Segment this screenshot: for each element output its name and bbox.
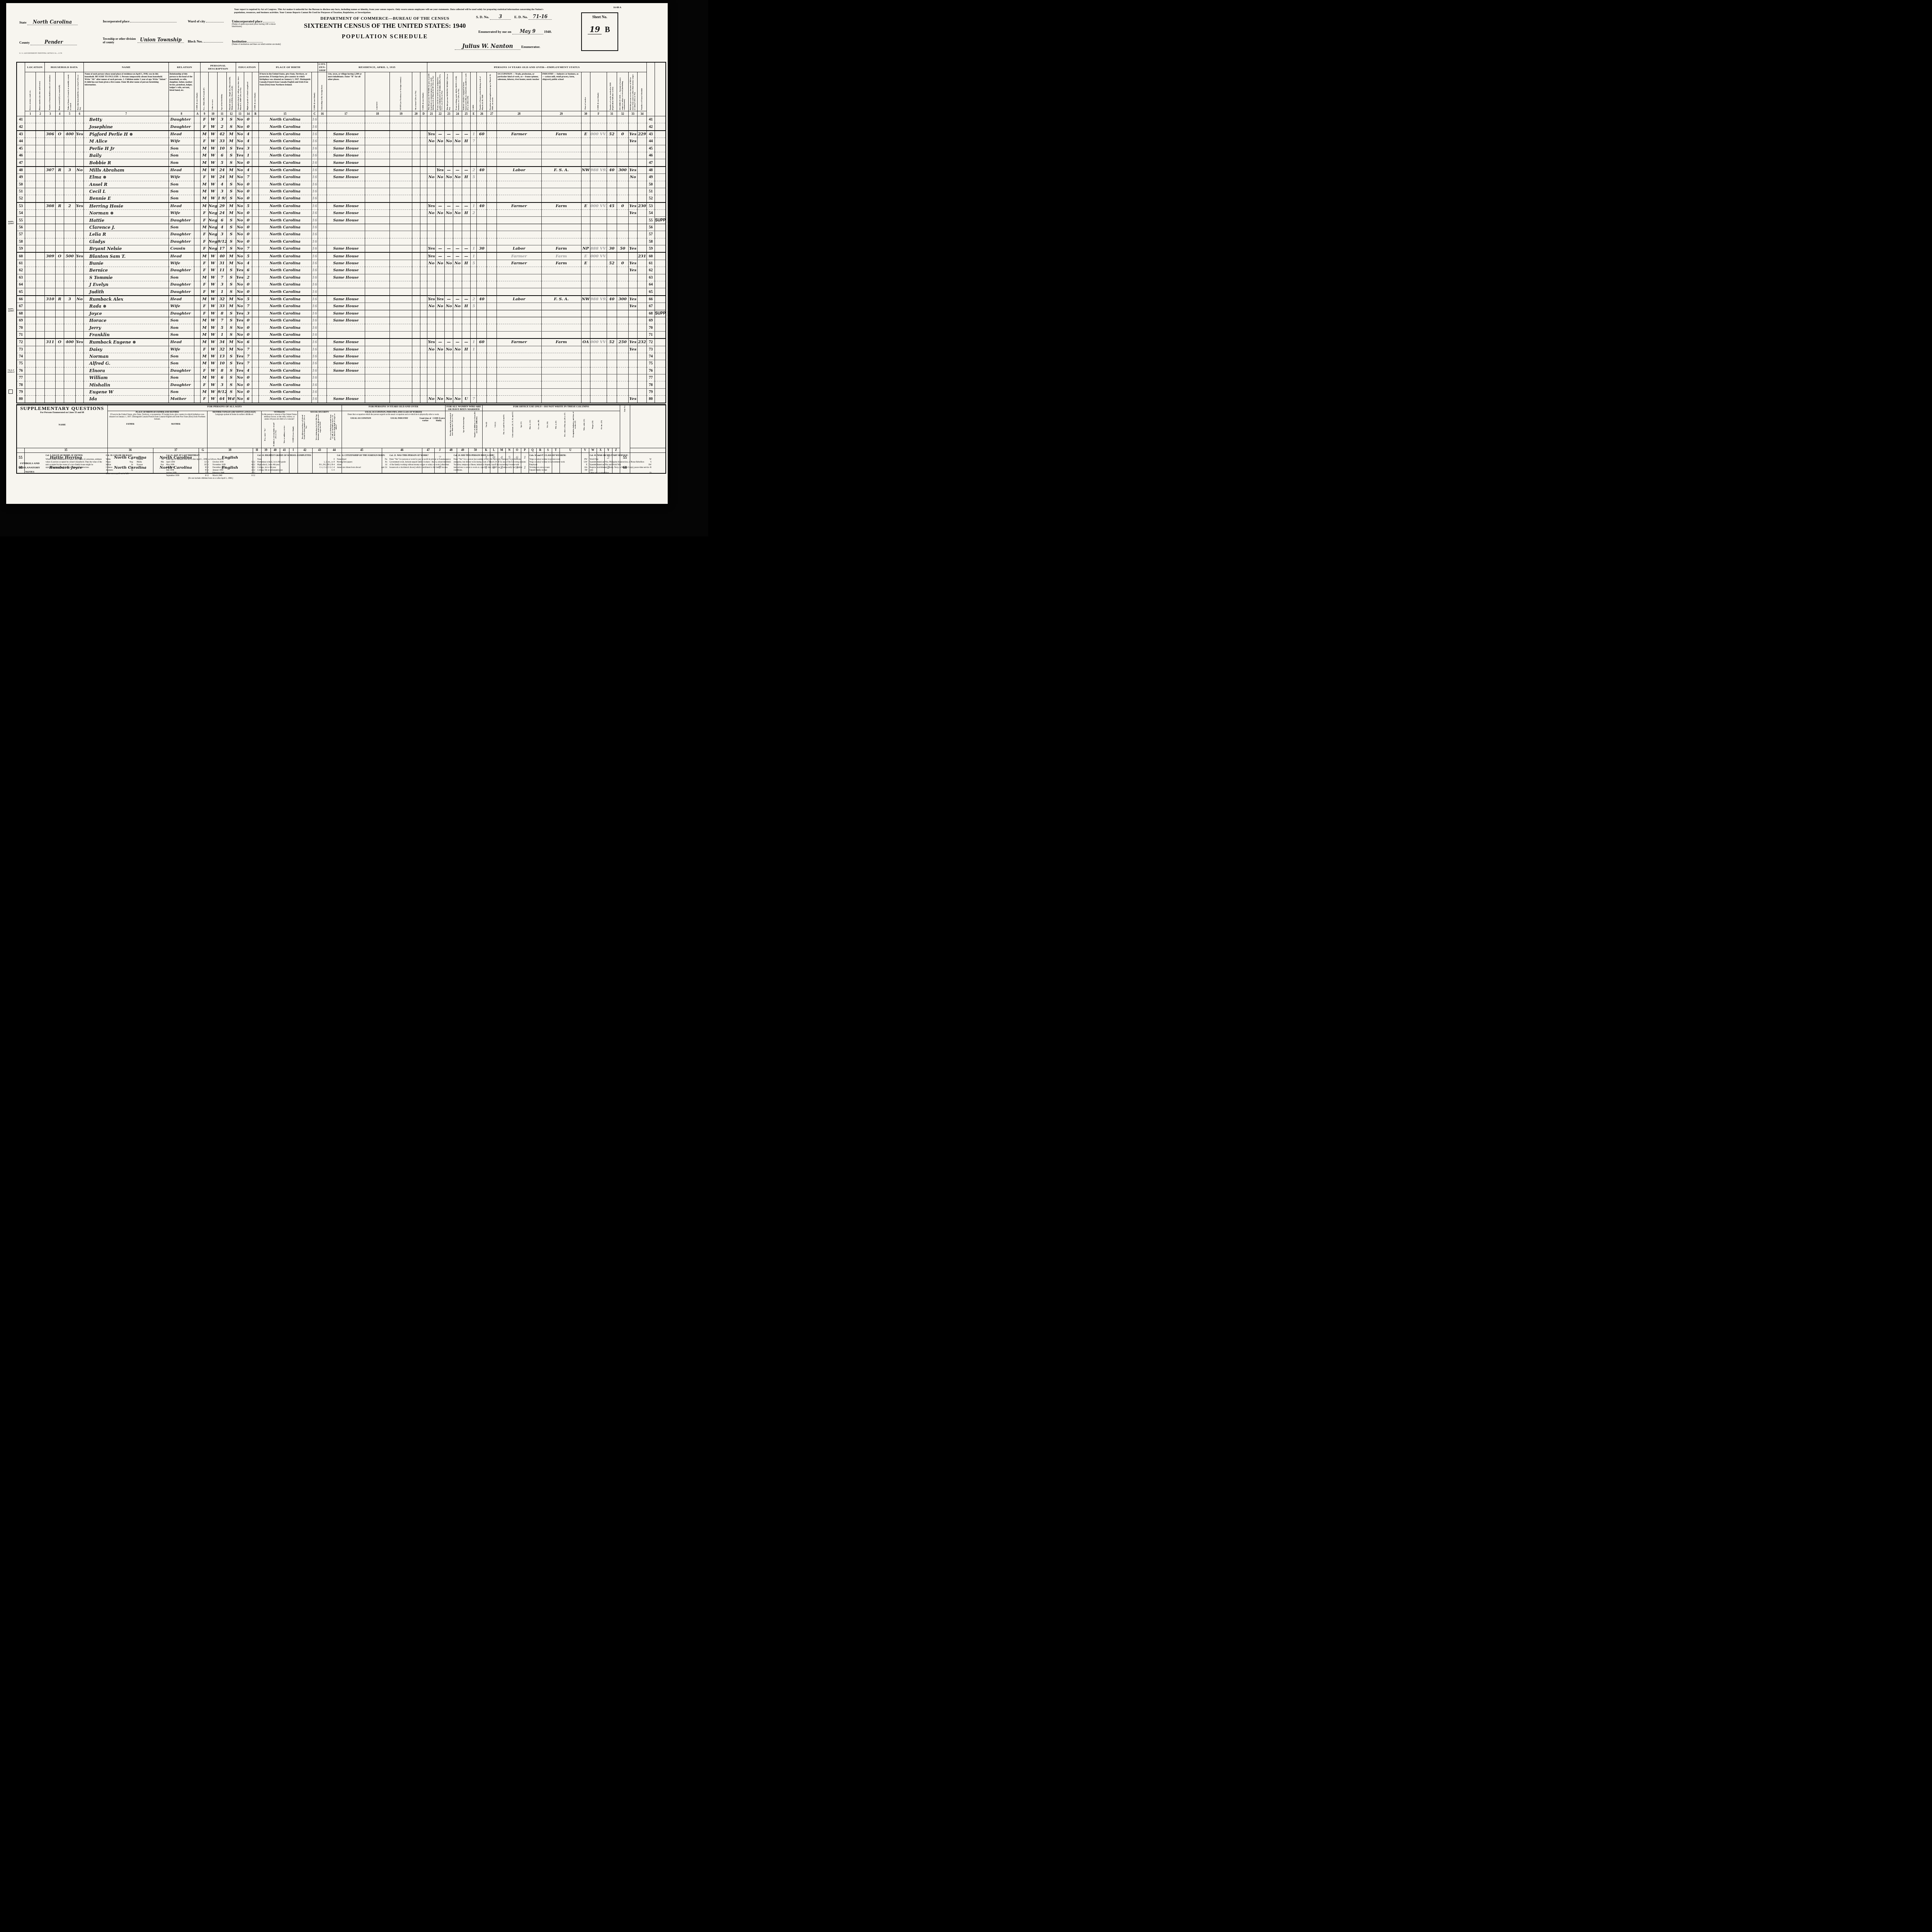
cell-wk xyxy=(607,317,617,324)
suppl-col-number: V xyxy=(581,448,589,452)
cell-a: 6 xyxy=(218,217,227,224)
col-label-text: CODE xyxy=(473,104,475,111)
cell-c16 xyxy=(318,281,327,288)
col-label: Was this person AT WORK for pay or profi… xyxy=(427,72,436,111)
cell-n6 xyxy=(75,181,83,188)
cell-n3 xyxy=(45,388,56,395)
suppl-title: SUPPLEMENTARY QUESTIONS xyxy=(17,405,107,412)
age-code-label: April 1939 xyxy=(166,461,175,464)
cell-wg xyxy=(617,324,628,331)
table-row: 74NormanSonMW13SYes7North Carolina16Same… xyxy=(17,353,666,360)
tongue-title: MOTHER TONGUE (OR NATIVE LANGUAGE) xyxy=(207,411,261,413)
cell-rl: Daughter xyxy=(168,267,194,274)
cell-wg xyxy=(617,252,628,260)
cell-n5 xyxy=(64,152,75,159)
cell-oi: Yes xyxy=(628,210,638,217)
cell-w3 xyxy=(444,353,453,360)
col-number: 30 xyxy=(581,111,590,116)
cell-cl xyxy=(581,188,590,195)
cell-w4 xyxy=(453,145,462,152)
citizenship-code-label: Alien xyxy=(337,464,342,466)
cell-ca xyxy=(194,396,201,403)
cell-wk xyxy=(607,159,617,167)
group-header: PERSONS 14 YEARS OLD AND OVER—EMPLOYMENT… xyxy=(427,62,646,72)
vet-col-label: CODE (Leave blank) xyxy=(293,421,294,448)
cell-wk xyxy=(607,210,617,217)
race-code-label: Chinese xyxy=(106,466,112,469)
cell-w5 xyxy=(462,217,471,224)
cell-n4 xyxy=(56,267,64,274)
cell-w2 xyxy=(436,217,445,224)
cell-a: 4 xyxy=(218,224,227,231)
cell-c1 xyxy=(25,360,36,367)
pob-parents-header: PLACE OF BIRTH OF FATHER AND MOTHERIf bo… xyxy=(107,411,207,448)
col-label: OCCUPATION — Trade, profession, or parti… xyxy=(497,72,541,111)
military-code: Regular establishment (Army, Navy, or Ma… xyxy=(590,466,651,472)
cell-id: Farm xyxy=(541,338,581,346)
cell-sq xyxy=(655,288,666,296)
cell-oc xyxy=(497,353,541,360)
cell-a: 40 xyxy=(218,252,227,260)
cell-cb xyxy=(252,396,259,403)
cell-id xyxy=(541,159,581,167)
cell-h xyxy=(477,360,487,367)
usual-occupation-header: USUAL OCCUPATION, INDUSTRY, AND CLASS OF… xyxy=(342,411,445,448)
cell-c18 xyxy=(365,303,390,310)
cell-oi: Yes xyxy=(628,260,638,267)
citizenship-code-code: Na xyxy=(385,458,387,461)
cell-ce: 1 xyxy=(471,252,477,260)
col-number: B xyxy=(252,111,259,116)
cell-n5 xyxy=(64,195,75,202)
cell-sc: No xyxy=(236,245,244,253)
cell-oc xyxy=(497,381,541,388)
cell-w1 xyxy=(427,331,436,338)
cell-rs: Same House xyxy=(327,245,365,253)
col-number: 27 xyxy=(487,111,497,116)
cell-ce: 2 xyxy=(471,167,477,174)
cell-rl: Head xyxy=(168,338,194,346)
cell-id xyxy=(541,195,581,202)
cell-s: F xyxy=(201,210,208,217)
cell-h xyxy=(477,331,487,338)
cell-sc: No xyxy=(236,238,244,245)
cell-cc: 16 xyxy=(311,267,318,274)
cell-h xyxy=(477,324,487,331)
cell-w3 xyxy=(444,388,453,395)
cell-h xyxy=(477,388,487,395)
age-code-label: March 1940 xyxy=(213,474,222,477)
cell-oc xyxy=(497,195,541,202)
col-label-text: Was this person SEEKING WORK? (Yes or No… xyxy=(447,72,451,111)
cell-c20 xyxy=(412,245,420,253)
cell-pb: North Carolina xyxy=(259,303,311,310)
cell-id xyxy=(541,174,581,181)
vet-col-label: War or military service xyxy=(284,421,286,448)
cell-c2 xyxy=(36,303,45,310)
cell-n4 xyxy=(56,174,64,181)
cell-ln: 62 xyxy=(17,267,25,274)
cell-w2: — xyxy=(436,202,445,210)
cell-oc: Labor xyxy=(497,296,541,303)
cell-cb xyxy=(252,116,259,123)
cell-rl: Daughter xyxy=(168,288,194,296)
cell-oi: Yes xyxy=(628,138,638,145)
cell-s: M xyxy=(201,224,208,231)
cell-cf xyxy=(590,353,607,360)
cell-cd xyxy=(420,381,427,388)
cell-pb: North Carolina xyxy=(259,396,311,403)
suppl-col-number: J xyxy=(434,448,445,452)
cell-w5 xyxy=(462,181,471,188)
cell-n5 xyxy=(64,374,75,381)
cell-w5 xyxy=(462,188,471,195)
cell-cl xyxy=(581,388,590,395)
cell-rl: Mother xyxy=(168,396,194,403)
cell-nm: Josephine xyxy=(84,123,169,131)
cell-pb: North Carolina xyxy=(259,123,311,131)
cell-oi xyxy=(628,281,638,288)
cell-w1 xyxy=(427,310,436,317)
col-number: 5 xyxy=(64,111,75,116)
cell-cb xyxy=(252,123,259,131)
cell-cf xyxy=(590,281,607,288)
cell-sc: No xyxy=(236,288,244,296)
suppl-col-number: H xyxy=(253,448,261,452)
cell-rs xyxy=(327,238,365,245)
cell-cc: 16 xyxy=(311,123,318,131)
cell-rl: Son xyxy=(168,388,194,395)
cell-r: W xyxy=(208,374,218,381)
cell-c16 xyxy=(318,331,327,338)
cell-w5: — xyxy=(462,167,471,174)
cell-m: M xyxy=(226,202,236,210)
cell-c27 xyxy=(487,310,497,317)
cell-sc: No xyxy=(236,167,244,174)
cell-cb xyxy=(252,181,259,188)
cell-cf xyxy=(590,224,607,231)
cell-wk: 30 xyxy=(607,245,617,253)
cell-id xyxy=(541,288,581,296)
cell-w1 xyxy=(427,367,436,374)
cell-sq xyxy=(655,138,666,145)
cell-ln2: 54 xyxy=(646,210,655,217)
cell-c20 xyxy=(412,360,420,367)
cell-id xyxy=(541,381,581,388)
age-code-code: 3/12 xyxy=(252,466,255,469)
cell-c18 xyxy=(365,381,390,388)
group-header: EDUCATION xyxy=(236,62,259,72)
cell-pb: North Carolina xyxy=(259,274,311,281)
cell-id xyxy=(541,324,581,331)
cell-ce xyxy=(471,238,477,245)
cell-cf xyxy=(590,152,607,159)
cell-ca xyxy=(194,252,201,260)
cell-cd xyxy=(420,331,427,338)
cell-n3 xyxy=(45,267,56,274)
cell-w5 xyxy=(462,360,471,367)
col-number: D xyxy=(420,111,427,116)
cell-w1: No xyxy=(427,260,436,267)
cell-c1 xyxy=(25,303,36,310)
cell-c16 xyxy=(318,131,327,138)
cell-cl xyxy=(581,123,590,131)
cell-c19 xyxy=(390,217,412,224)
cell-c18 xyxy=(365,331,390,338)
cell-rs: Same House xyxy=(327,210,365,217)
cell-n5: 400 xyxy=(64,131,75,138)
ss-col-label: Does this person have a Federal Social S… xyxy=(302,413,307,440)
cell-c20 xyxy=(412,181,420,188)
cell-cl xyxy=(581,217,590,224)
cell-cf xyxy=(590,188,607,195)
table-row: 78MishalinDaughterFW3SNo0North Carolina1… xyxy=(17,381,666,388)
cell-c2 xyxy=(36,238,45,245)
cell-c2 xyxy=(36,274,45,281)
cell-c16 xyxy=(318,367,327,374)
cell-fs: 232 xyxy=(638,338,647,346)
race-code-code: Neg xyxy=(129,461,133,464)
cell-w3: — xyxy=(444,296,453,303)
cell-nm: Jerry xyxy=(84,324,169,331)
cell-cd xyxy=(420,188,427,195)
cell-rl: Son xyxy=(168,224,194,231)
cell-n6 xyxy=(75,388,83,395)
cell-w4: No xyxy=(453,260,462,267)
cell-w3: — xyxy=(444,245,453,253)
military-code-label: Spanish-American War, Philippine Insurre… xyxy=(590,461,644,464)
cell-nm: J Evelyn xyxy=(84,281,169,288)
veterans-sub: If so, enter "Yes"If child, is veteran-f… xyxy=(262,421,298,448)
cell-sc: Yes xyxy=(236,367,244,374)
cell-w2 xyxy=(436,274,445,281)
cell-n6 xyxy=(75,360,83,367)
cell-ln: 49 xyxy=(17,174,25,181)
cell-c16 xyxy=(318,159,327,167)
grade-code-code: 1, 2, etc., to 8 xyxy=(324,461,335,464)
cell-c16 xyxy=(318,303,327,310)
cell-n3: 309 xyxy=(45,252,56,260)
cell-ce xyxy=(471,145,477,152)
cell-c2 xyxy=(36,123,45,131)
cell-w4 xyxy=(453,188,462,195)
cell-n3 xyxy=(45,231,56,238)
cell-rs: Same House xyxy=(327,274,365,281)
cell-ca xyxy=(194,145,201,152)
cell-s: F xyxy=(201,381,208,388)
class-of-worker-code: Wage or salary worker in private workPW xyxy=(529,458,587,461)
cell-cf xyxy=(590,381,607,388)
cell-oi xyxy=(628,324,638,331)
cell-cc: 16 xyxy=(311,238,318,245)
cell-n6 xyxy=(75,152,83,159)
cell-fs xyxy=(638,238,647,245)
cell-rl: Cousin xyxy=(168,245,194,253)
grade-code: Elementary school, 1st to 8th grade1, 2,… xyxy=(257,461,335,464)
cell-w3 xyxy=(444,381,453,388)
cell-cl xyxy=(581,310,590,317)
group-header xyxy=(646,62,655,116)
grade-code-label: Elementary school, 1st to 8th grade xyxy=(257,461,286,464)
race-code: WhiteW xyxy=(106,458,133,461)
suppl-col-number: 39 xyxy=(261,448,270,452)
cell-m: S xyxy=(226,145,236,152)
cell-fs: 231 xyxy=(638,252,647,260)
cell-w5 xyxy=(462,331,471,338)
ss-col-label: If so, were deductions made from (1) all… xyxy=(330,413,337,440)
col-number: 22 xyxy=(436,111,445,116)
ss-sub: Does this person have a Federal Social S… xyxy=(298,413,342,440)
cell-c16 xyxy=(318,210,327,217)
cell-rs xyxy=(327,195,365,202)
table-row: 53308R2YesHerring HosieHeadMNeg29MNo5Nor… xyxy=(17,202,666,210)
col-label: Did this person receive income of $50 or… xyxy=(628,72,638,111)
cell-a: 10 xyxy=(218,360,227,367)
age-code: April 193911/12 xyxy=(166,461,209,464)
cell-oc xyxy=(497,152,541,159)
cell-w2 xyxy=(436,324,445,331)
cell-sq xyxy=(655,381,666,388)
cell-ln: 75 xyxy=(17,360,25,367)
table-row: 51Cecil LSonMW3SNo0North Carolina1651 xyxy=(17,188,666,195)
cell-n3 xyxy=(45,174,56,181)
cell-fs xyxy=(638,152,647,159)
cell-ln2: 57 xyxy=(646,231,655,238)
suppl-col-number xyxy=(17,448,24,452)
cell-oc xyxy=(497,181,541,188)
cell-w1: No xyxy=(427,174,436,181)
cell-w3 xyxy=(444,145,453,152)
cell-n4 xyxy=(56,238,64,245)
cell-oc: Farmer xyxy=(497,131,541,138)
cell-oi xyxy=(628,288,638,296)
cell-n5 xyxy=(64,281,75,288)
cell-sc: No xyxy=(236,202,244,210)
cell-w5 xyxy=(462,324,471,331)
cell-g: 3 xyxy=(244,310,252,317)
col-number: 13 xyxy=(236,111,244,116)
cell-a: 24 xyxy=(218,167,227,174)
cell-c20 xyxy=(412,131,420,138)
cell-w3 xyxy=(444,152,453,159)
cell-c27 xyxy=(487,195,497,202)
cell-c27 xyxy=(487,217,497,224)
cell-w1: Yes xyxy=(427,296,436,303)
col-number: 4 xyxy=(56,111,64,116)
cell-c1 xyxy=(25,374,36,381)
cell-wg xyxy=(617,210,628,217)
cell-g: 0 xyxy=(244,288,252,296)
cell-ln2: 76 xyxy=(646,367,655,374)
col-label: On a farm? (Yes or No) xyxy=(412,72,420,111)
table-row: 41BettyDaughterFW3SNo0North Carolina1641 xyxy=(17,116,666,123)
cell-n6 xyxy=(75,317,83,324)
cell-sq xyxy=(655,396,666,403)
cell-n5 xyxy=(64,210,75,217)
cell-cb xyxy=(252,217,259,224)
cell-r: W xyxy=(208,360,218,367)
cell-oc xyxy=(497,116,541,123)
group-header: RESIDENCE, APRIL 1, 1935 xyxy=(327,62,427,72)
citizenship-code: AlienAl xyxy=(337,464,387,466)
cell-nm: Gladys xyxy=(84,238,169,245)
cell-m: S xyxy=(226,331,236,338)
cell-ce: 2 xyxy=(471,296,477,303)
cell-nm: Joyce xyxy=(84,310,169,317)
cell-n3 xyxy=(45,152,56,159)
cell-sc: Yes xyxy=(236,310,244,317)
cell-cf: 000 VV3 xyxy=(590,252,607,260)
cell-g: 0 xyxy=(244,195,252,202)
cell-m: Wd xyxy=(226,396,236,403)
cell-s: M xyxy=(201,159,208,167)
cell-n5 xyxy=(64,145,75,152)
cell-r: W xyxy=(208,260,218,267)
cell-h xyxy=(477,274,487,281)
cell-ln2: 63 xyxy=(646,274,655,281)
cell-n3 xyxy=(45,274,56,281)
cell-cf xyxy=(590,303,607,310)
cell-w3 xyxy=(444,188,453,195)
cell-c1 xyxy=(25,310,36,317)
cell-id: Farm xyxy=(541,202,581,210)
cell-fs xyxy=(638,346,647,353)
age-code-code: 9/12 xyxy=(205,466,209,469)
cell-rl: Son xyxy=(168,195,194,202)
cell-w5 xyxy=(462,274,471,281)
cell-n6: Yes xyxy=(75,131,83,138)
cell-c2 xyxy=(36,174,45,181)
cell-ln2: 46 xyxy=(646,152,655,159)
table-row: 75Alfred G.SonMW10SYes7North Carolina16S… xyxy=(17,360,666,367)
cell-rs xyxy=(327,116,365,123)
cell-w2 xyxy=(436,231,445,238)
cell-wk xyxy=(607,310,617,317)
cell-h xyxy=(477,303,487,310)
cell-s: F xyxy=(201,288,208,296)
cell-c2 xyxy=(36,296,45,303)
col-label: CODE (Leave blank) xyxy=(590,72,607,111)
cell-wk: 45 xyxy=(607,202,617,210)
cell-cd xyxy=(420,296,427,303)
cell-pb: North Carolina xyxy=(259,252,311,260)
cell-ln2: 53 xyxy=(646,202,655,210)
cell-oi: Yes xyxy=(628,267,638,274)
col-label-text: OCCUPATION — Trade, profession, or parti… xyxy=(497,72,541,82)
cell-c27 xyxy=(487,238,497,245)
cell-m: S xyxy=(226,224,236,231)
cell-w4 xyxy=(453,152,462,159)
cell-w1 xyxy=(427,231,436,238)
cell-r: W xyxy=(208,367,218,374)
cell-cd xyxy=(420,388,427,395)
cell-ca xyxy=(194,131,201,138)
col-label: COUNTY xyxy=(365,72,390,111)
cell-ca xyxy=(194,381,201,388)
block-field: Block Nos. xyxy=(188,39,223,43)
cell-cc: 16 xyxy=(311,174,318,181)
cell-ce xyxy=(471,159,477,167)
cell-nm: Bryant Nelsie xyxy=(84,245,169,253)
cell-c20 xyxy=(412,202,420,210)
cell-w5 xyxy=(462,374,471,381)
cell-w3 xyxy=(444,310,453,317)
cell-ln2: 60 xyxy=(646,252,655,260)
cell-w2 xyxy=(436,116,445,123)
cell-c20 xyxy=(412,145,420,152)
cell-pb: North Carolina xyxy=(259,195,311,202)
cell-n3 xyxy=(45,138,56,145)
